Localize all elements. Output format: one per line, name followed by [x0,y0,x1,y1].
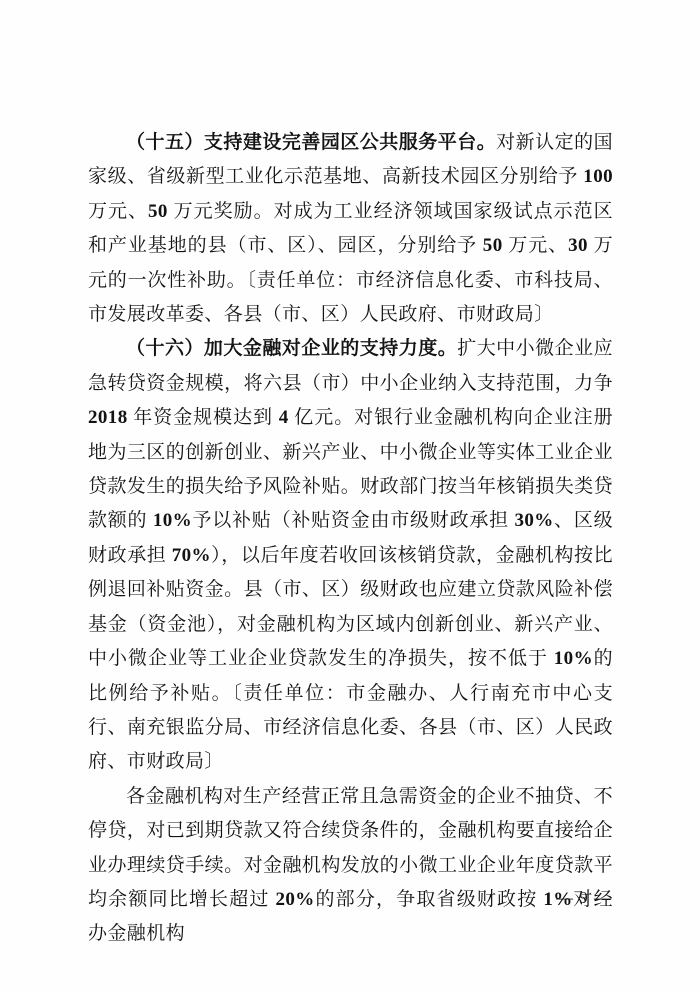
text-segment: 20% [276,889,315,910]
text-segment: （十六）加大金融对企业的支持力度。 [126,338,457,359]
text-segment: 的部分，争取省级财政按 [315,889,544,910]
clause-16: （十六）加大金融对企业的支持力度。扩大中小微企业应急转贷资金规模，将六县（市）中… [88,332,613,779]
document-page: （十五）支持建设完善园区公共服务平台。对新认定的国家级、省级新型工业化示范基地、… [0,0,700,990]
text-segment: 年资金规模达到 [128,407,279,428]
text-segment: 30 [568,235,588,256]
text-segment: 70% [172,545,211,566]
text-segment: 100 [583,166,613,187]
clause-15: （十五）支持建设完善园区公共服务平台。对新认定的国家级、省级新型工业化示范基地、… [88,126,613,332]
text-segment: 30% [514,510,553,531]
text-segment: 万元、 [88,201,148,222]
text-segment: 10% [554,648,593,669]
document-body: （十五）支持建设完善园区公共服务平台。对新认定的国家级、省级新型工业化示范基地、… [88,126,613,952]
paragraph-banks: 各金融机构对生产经营正常且急需资金的企业不抽贷、不停贷，对已到期贷款又符合续贷条… [88,780,613,952]
text-segment: 万元、 [503,235,568,256]
text-segment: 予以补贴（补贴资金由市级财政承担 [192,510,514,531]
text-segment: （十五）支持建设完善园区公共服务平台。 [126,132,496,153]
text-segment: 2018 [88,407,128,428]
text-segment: 10% [153,510,192,531]
text-segment: 50 [148,201,168,222]
page-number: — 9 — [556,888,612,908]
text-segment: 4 [279,407,289,428]
text-segment: 50 [483,235,503,256]
